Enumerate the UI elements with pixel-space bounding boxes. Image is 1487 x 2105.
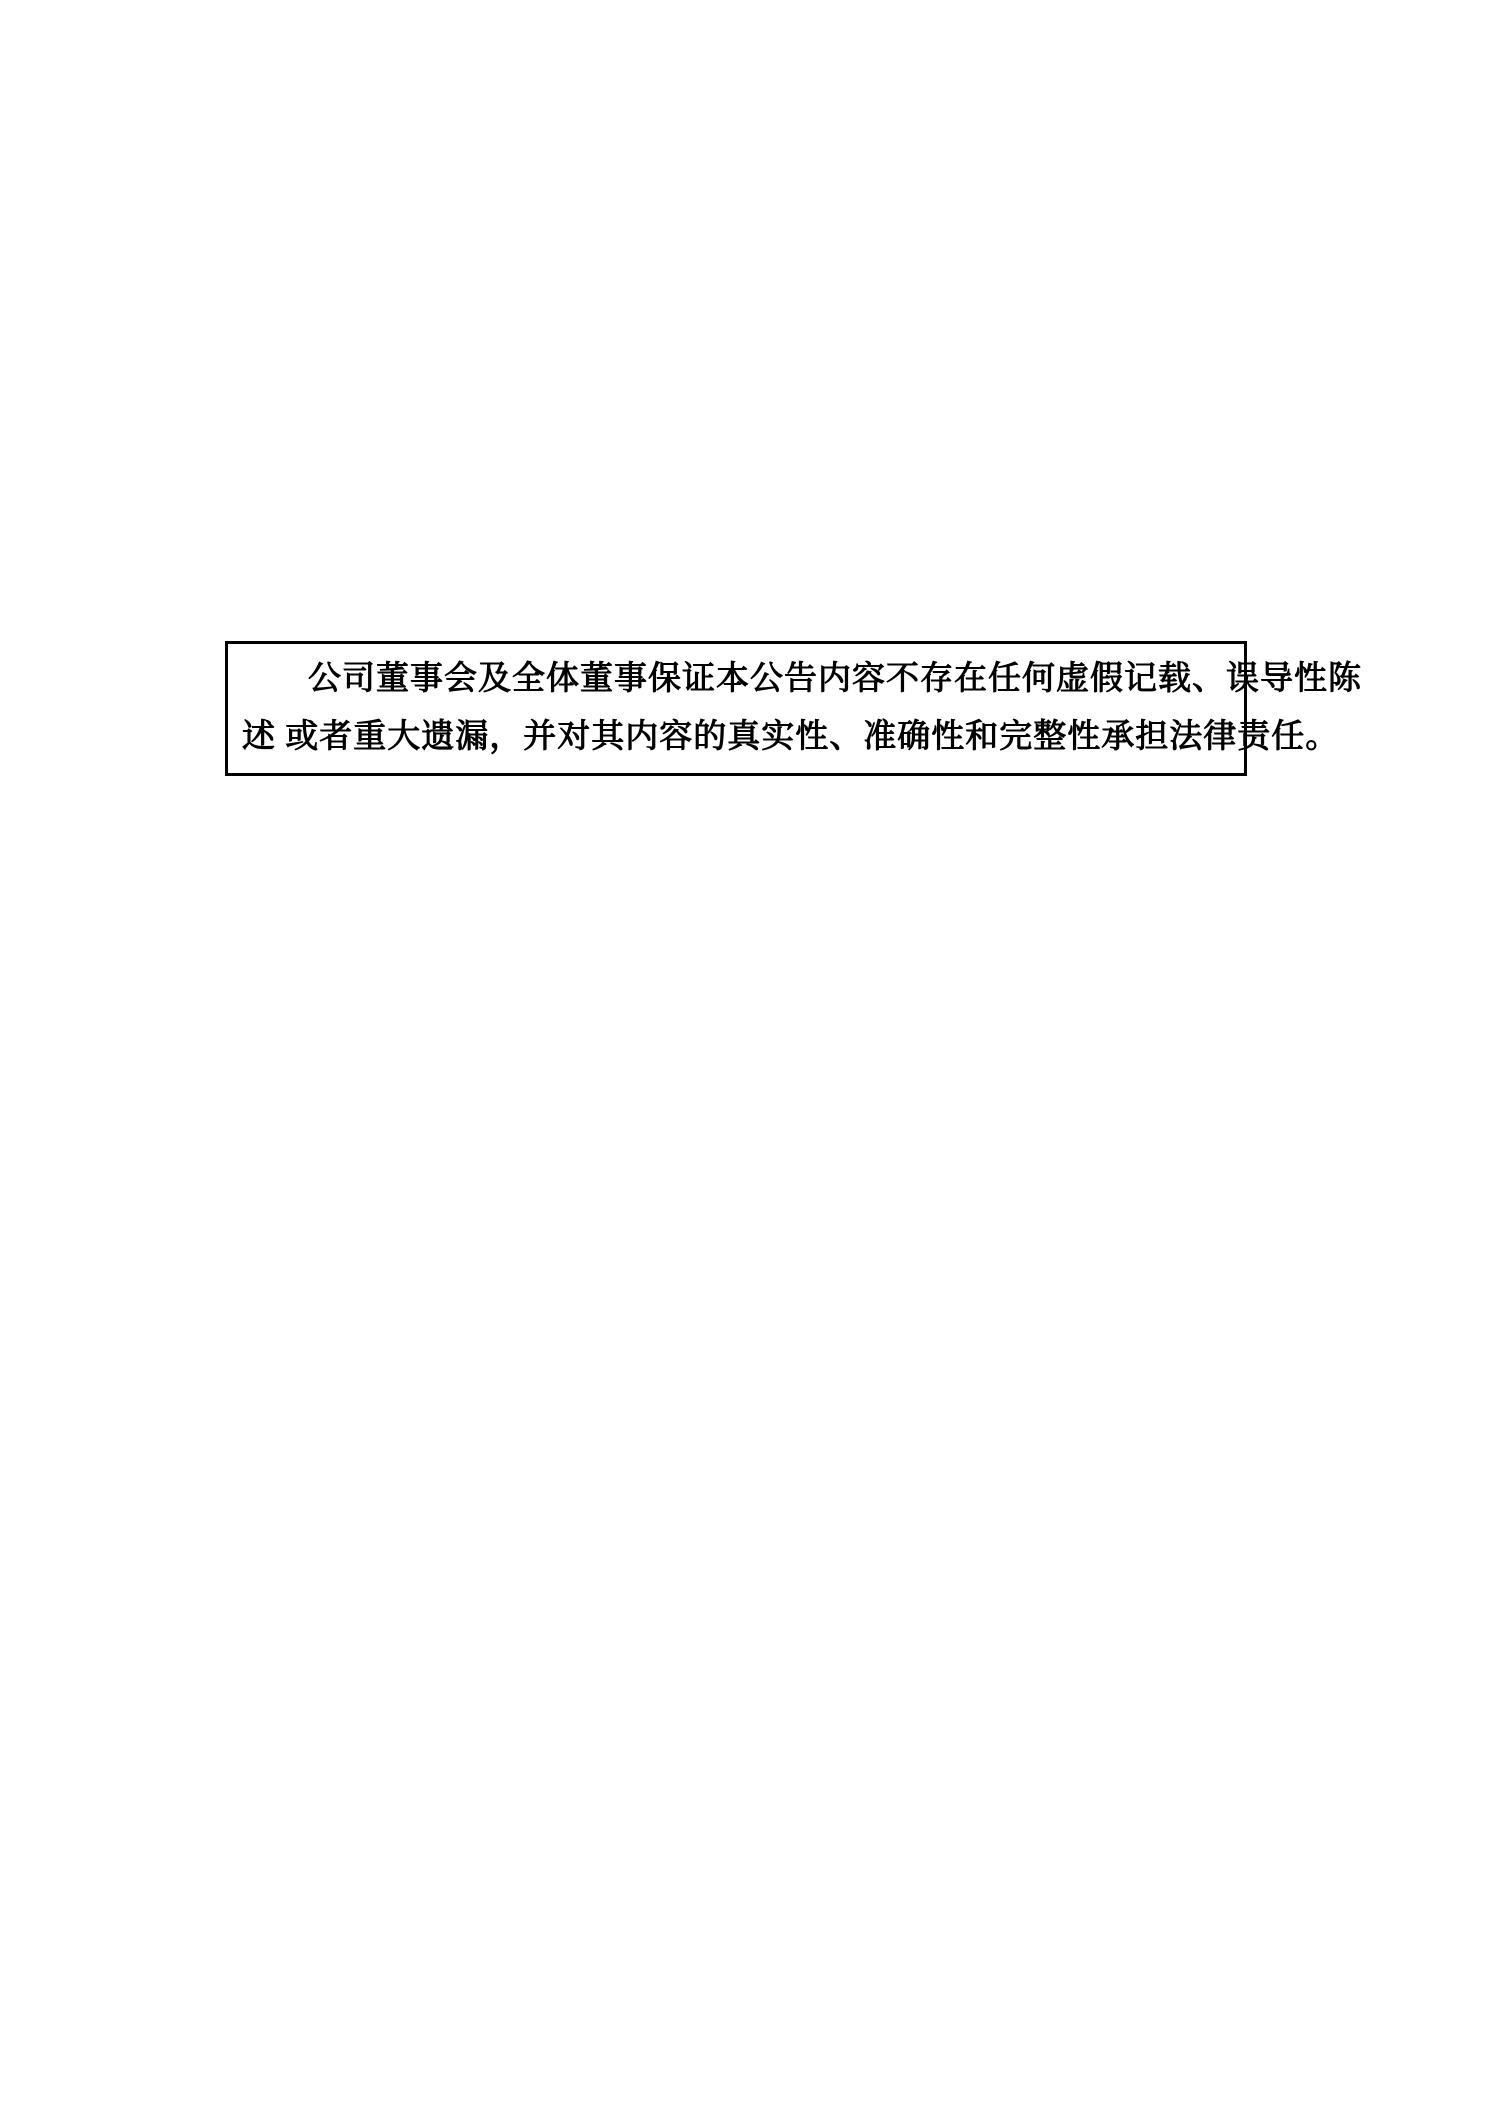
disclaimer-box: 公司董事会及全体董事保证本公告内容不存在任何虚假记载、误导性陈 述 或者重大遗漏… [225, 641, 1247, 776]
disclaimer-line-1: 公司董事会及全体董事保证本公告内容不存在任何虚假记载、误导性陈 [242, 650, 1230, 708]
disclaimer-line-2: 述 或者重大遗漏，并对其内容的真实性、准确性和完整性承担法律责任。 [242, 708, 1230, 766]
document-page: 公司董事会及全体董事保证本公告内容不存在任何虚假记载、误导性陈 述 或者重大遗漏… [0, 0, 1487, 2105]
